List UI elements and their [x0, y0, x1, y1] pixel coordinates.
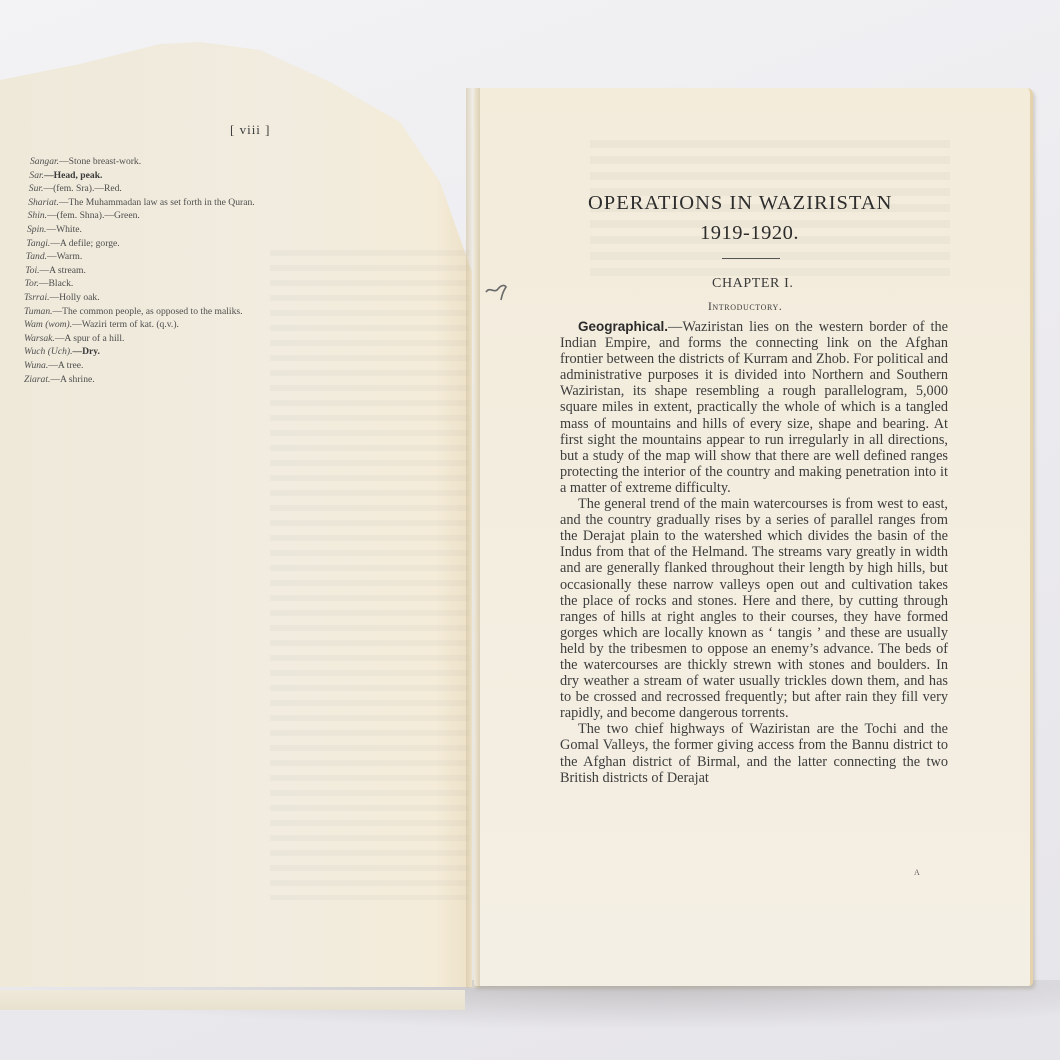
glossary-definition: —A defile; gorge.: [50, 238, 119, 249]
glossary-entry: Wuch (Uch).—Dry.: [24, 345, 444, 359]
glossary-entry: Sar.—Head, peak.: [29, 169, 444, 183]
glossary-term: Tor.: [25, 278, 39, 289]
glossary-definition: —Head, peak.: [44, 170, 102, 181]
glossary-definition: —Warm.: [47, 251, 82, 262]
glossary-term: Warsak.: [24, 333, 55, 344]
glossary-entry: Tuman.—The common people, as opposed to …: [24, 305, 444, 319]
glossary-definition: —(fem. Sra).—Red.: [43, 183, 121, 194]
paragraph-text: —Waziristan lies on the western border o…: [560, 319, 948, 496]
glossary-entry: Wuna.—A tree.: [24, 359, 444, 373]
paragraph: The two chief highways of Waziristan are…: [560, 721, 948, 785]
paragraph-text: The two chief highways of Waziristan are…: [560, 721, 948, 785]
glossary-entry: Sur.—(fem. Sra).—Red.: [29, 182, 444, 196]
book-years: 1919-1920.: [700, 222, 799, 245]
glossary-term: Ziarat.: [24, 374, 50, 385]
glossary-term: Shariat.: [28, 197, 59, 208]
pencil-annotation-icon: [484, 280, 514, 302]
signature-mark: A: [914, 868, 920, 877]
glossary-term: Spin.: [27, 224, 46, 235]
glossary-definition: —Stone breast-work.: [59, 156, 141, 167]
book-gutter: [466, 88, 480, 988]
chapter-heading: CHAPTER I.: [712, 276, 793, 292]
glossary-entry: Shin.—(fem. Shna).—Green.: [28, 209, 444, 223]
glossary-term: Wuch (Uch).: [24, 346, 72, 357]
glossary-definition: —White.: [46, 224, 81, 235]
glossary-term: Tangi.: [26, 238, 50, 249]
glossary-entry: Tsrrai.—Holly oak.: [24, 291, 444, 305]
paragraph: The general trend of the main watercours…: [560, 496, 948, 721]
glossary-definition: —A stream.: [40, 265, 86, 276]
glossary-term: Tuman.: [24, 306, 53, 317]
glossary-definition: —Holly oak.: [50, 292, 100, 303]
left-page-edge: [0, 990, 465, 1010]
glossary-definition: —A tree.: [48, 360, 83, 371]
glossary-entry: Tor.—Black.: [25, 277, 444, 291]
glossary-definition: —A spur of a hill.: [55, 333, 125, 344]
glossary-definition: —A shrine.: [50, 374, 94, 385]
glossary-definition: —Dry.: [72, 346, 99, 357]
glossary-term: Tsrrai.: [24, 292, 50, 303]
glossary-entry: Toi.—A stream.: [25, 264, 444, 278]
paragraph: Geographical.—Waziristan lies on the wes…: [560, 319, 948, 496]
glossary-entry: Tangi.—A defile; gorge.: [26, 237, 444, 251]
glossary-definition: —The common people, as opposed to the ma…: [53, 306, 243, 317]
glossary-term: Wuna.: [24, 360, 48, 371]
glossary-term: Sangar.: [30, 156, 59, 167]
glossary-entry: Sangar.—Stone breast-work.: [30, 155, 444, 169]
glossary-term: Sar.: [29, 170, 44, 181]
title-rule: [722, 258, 780, 259]
glossary-entry: Tand.—Warm.: [26, 250, 444, 264]
glossary-term: Toi.: [25, 265, 39, 276]
left-page-number: [ viii ]: [230, 122, 271, 138]
glossary-entry: Shariat.—The Muhammadan law as set forth…: [28, 196, 444, 210]
glossary-list: Sangar.—Stone breast-work.Sar.—Head, pea…: [24, 155, 444, 386]
glossary-entry: Spin.—White.: [27, 223, 444, 237]
book-title: OPERATIONS IN WAZIRISTAN: [588, 192, 948, 215]
glossary-definition: —The Muhammadan law as set forth in the …: [59, 197, 255, 208]
glossary-term: Sur.: [29, 183, 44, 194]
glossary-entry: Ziarat.—A shrine.: [24, 373, 444, 387]
glossary-entry: Warsak.—A spur of a hill.: [24, 332, 444, 346]
paragraph-lead: Geographical.: [578, 319, 668, 334]
chapter-body: Geographical.—Waziristan lies on the wes…: [560, 319, 948, 786]
glossary-term: Wam (wom).: [24, 319, 72, 330]
glossary-definition: —Black.: [39, 278, 73, 289]
glossary-entry: Wam (wom).—Waziri term of kat. (q.v.).: [24, 318, 444, 332]
chapter-subheading: Introductory.: [708, 301, 782, 313]
glossary-definition: —Waziri term of kat. (q.v.).: [72, 319, 179, 330]
glossary-term: Tand.: [26, 251, 47, 262]
glossary-definition: —(fem. Shna).—Green.: [47, 210, 140, 221]
glossary-term: Shin.: [28, 210, 47, 221]
paragraph-text: The general trend of the main watercours…: [560, 496, 948, 721]
